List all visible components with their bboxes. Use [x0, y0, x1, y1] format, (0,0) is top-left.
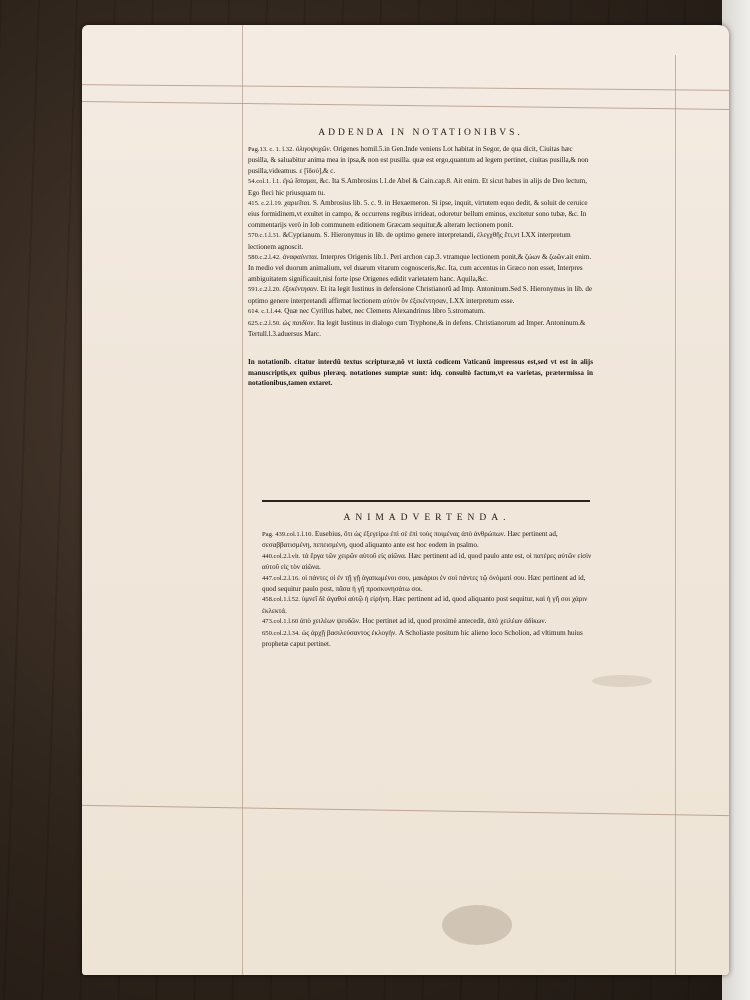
- entry-ref: 625.c.2.l.50.: [248, 320, 281, 327]
- addenda-entry: 625.c.2.l.50. ὡς παιδίον. Ita legit Iust…: [248, 318, 593, 340]
- margin-rule-top-2: [82, 101, 729, 110]
- addenda-entry: 614. c.1.l.44. Quæ nec Cyrillus habet, n…: [248, 306, 593, 317]
- entry-greek: χαριεῖται.: [284, 199, 311, 207]
- entry-ref: 580.c.2.l.42.: [248, 254, 281, 261]
- margin-rule-top-1: [82, 84, 729, 91]
- entry-text: ἀπὸ χειλέων ψευδῶν. Hoc pertinet ad id, …: [300, 617, 546, 625]
- section-divider: [262, 500, 590, 502]
- addenda-section: ADDENDA IN NOTATIONIBVS. Pag.13. c. 1. l…: [248, 128, 593, 389]
- animadvertenda-entry: 650.col.2.l.34. ὡς ἀρχῇ βασιλεύσαντος ἐκ…: [262, 628, 592, 650]
- addenda-entry: 580.c.2.l.42. ἀναφαίνεται. Interpres Ori…: [248, 252, 593, 284]
- animadvertenda-entry: Pag. 439.col.1.l.10. Eusebius, ὅτι ὡς ἐξ…: [262, 529, 592, 551]
- entry-ref: 591.c.2.l.20.: [248, 286, 281, 293]
- margin-rule-bottom: [82, 805, 729, 816]
- entry-greek: ἐγὼ ἵσταμαι,: [283, 177, 318, 185]
- entry-text: ὑμνεῖ δὲ ἀγαθοὶ αὐτῷ ἡ εἰρήνη. Hæc perti…: [262, 595, 587, 614]
- addenda-entry: 591.c.2.l.20. ἐξεκέντησαν. Et ita legit …: [248, 284, 593, 306]
- entry-ref: 440.col.2.l.vlt.: [262, 553, 300, 560]
- entry-ref: Pag. 439.col.1.l.10.: [262, 531, 313, 538]
- entry-text: &Cyprianum. S. Hieronymus in lib. de opt…: [248, 231, 571, 250]
- entry-text: ὡς ἀρχῇ βασιλεύσαντος ἐκλογήν. A Scholia…: [262, 629, 583, 648]
- entry-ref: 54.col.1. l.1.: [248, 178, 281, 185]
- addenda-entry: Pag.13. c. 1. l.32. ὁλιγοψυχῶν. Origenes…: [248, 144, 593, 176]
- page-stain: [592, 675, 652, 687]
- animadvertenda-entry: 440.col.2.l.vlt. τὰ ἔργα τῶν χειρῶν αὐτο…: [262, 551, 592, 573]
- entry-ref: 447.col.2.l.16.: [262, 575, 300, 582]
- entry-ref: 570.c.1.l.31.: [248, 232, 281, 239]
- entry-ref: 614. c.1.l.44.: [248, 308, 282, 315]
- entry-greek: ἐξεκέντησαν.: [283, 285, 319, 293]
- entry-ref: 650.col.2.l.34.: [262, 630, 300, 637]
- entry-greek: ἀναφαίνεται.: [283, 253, 319, 261]
- entry-ref: 473.col.1.l.60: [262, 618, 298, 625]
- addenda-entry: 570.c.1.l.31. &Cyprianum. S. Hieronymus …: [248, 230, 593, 252]
- addenda-entry: 54.col.1. l.1. ἐγὼ ἵσταμαι, &c. Ita S.Am…: [248, 176, 593, 198]
- addenda-note: In notationib. citatur interdũ textus sc…: [248, 357, 593, 388]
- entry-greek: ὡς παιδίον.: [283, 319, 316, 327]
- animadvertenda-entry: 473.col.1.l.60 ἀπὸ χειλέων ψευδῶν. Hoc p…: [262, 616, 592, 627]
- animadvertenda-section: ANIMADVERTENDA. Pag. 439.col.1.l.10. Eus…: [262, 513, 592, 649]
- entry-greek: ὁλιγοψυχῶν.: [296, 145, 332, 153]
- animadvertenda-entry: 447.col.2.l.16. οἱ πάντες οἱ ἐν τῇ γῇ ἀγ…: [262, 573, 592, 595]
- page-stain: [442, 905, 512, 945]
- entry-ref: Pag.13. c. 1. l.32.: [248, 146, 294, 153]
- entry-text: τὰ ἔργα τῶν χειρῶν αὐτοῦ εἰς αἰῶνα. Hæc …: [262, 552, 591, 571]
- margin-rule-left: [242, 25, 243, 975]
- entry-ref: 458.col.1.l.52.: [262, 596, 300, 603]
- animadvertenda-heading: ANIMADVERTENDA.: [262, 513, 592, 523]
- animadvertenda-entry: 458.col.1.l.52. ὑμνεῖ δὲ ἀγαθοὶ αὐτῷ ἡ ε…: [262, 594, 592, 616]
- entry-text: Quæ nec Cyrillus habet, nec Clemens Alex…: [284, 307, 485, 315]
- addenda-heading: ADDENDA IN NOTATIONIBVS.: [248, 128, 593, 138]
- entry-text: οἱ πάντες οἱ ἐν τῇ γῇ ἀγαπωμένοι σου, μα…: [262, 574, 585, 593]
- addenda-entry: 415. c.2.l.19. χαριεῖται. S. Ambrosius l…: [248, 198, 593, 230]
- entry-ref: 415. c.2.l.19.: [248, 200, 282, 207]
- margin-rule-right: [675, 55, 676, 975]
